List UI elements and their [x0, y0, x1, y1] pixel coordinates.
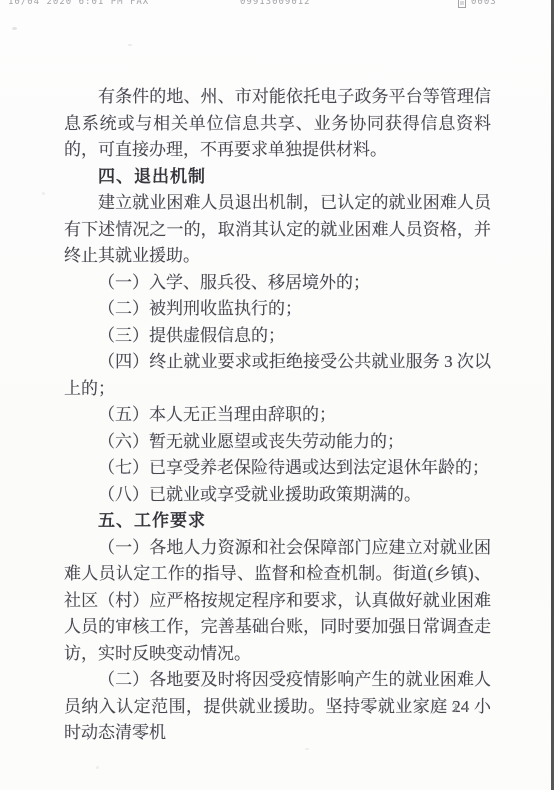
- list-item-5: （五）本人无正当理由辞职的；: [64, 402, 491, 429]
- scan-speck: [128, 44, 132, 46]
- fax-timestamp: 10/04 2020 6:01 PM FAX: [8, 0, 149, 7]
- scan-speck: [305, 748, 309, 750]
- list-item-8: （八）已就业或享受就业援助政策期满的。: [64, 482, 491, 509]
- list-item-2: （二）被判刑收监执行的；: [64, 296, 491, 323]
- fax-sender-number: 09913009012: [240, 0, 311, 7]
- paragraph-work-req-2: （二）各地要及时将因受疫情影响产生的就业困难人员纳入认定范围，提供就业援助。坚持…: [64, 667, 491, 747]
- list-item-4: （四）终止就业要求或拒绝接受公共就业服务 3 次以上的；: [64, 349, 491, 402]
- page-number: - 3 -: [440, 701, 471, 716]
- document-body: 有条件的地、州、市对能依托电子政务平台等管理信息系统或与相关单位信息共享、业务协…: [64, 84, 491, 747]
- fax-page-count-value: 0003: [471, 0, 497, 7]
- paragraph-exit-mechanism: 建立就业困难人员退出机制，已认定的就业困难人员有下述情况之一的，取消其认定的就业…: [64, 190, 491, 270]
- list-item-1: （一）入学、服兵役、移居境外的；: [64, 270, 491, 297]
- paragraph-work-req-1: （一）各地人力资源和社会保障部门应建立对就业困难人员认定工作的指导、监督和检查机…: [64, 535, 491, 668]
- fax-header: 10/04 2020 6:01 PM FAX 09913009012 0003: [0, 0, 554, 9]
- list-item-7: （七）已享受养老保险待遇或达到法定退休年龄的；: [64, 455, 491, 482]
- fax-page-counter: 0003: [458, 0, 497, 7]
- scanned-fax-document-page: { "fax_header": { "left": "10/04 2020 6:…: [0, 0, 554, 790]
- list-item-6: （六）暂无就业愿望或丧失劳动能力的；: [64, 429, 491, 456]
- scan-speck: [96, 766, 99, 769]
- scan-speck: [42, 192, 45, 195]
- scan-speck: [12, 27, 17, 30]
- paragraph-intro: 有条件的地、州、市对能依托电子政务平台等管理信息系统或与相关单位信息共享、业务协…: [64, 84, 491, 164]
- fax-page-icon: [458, 0, 466, 8]
- list-item-3: （三）提供虚假信息的；: [64, 323, 491, 350]
- section-heading-5: 五、工作要求: [64, 508, 491, 535]
- section-heading-4: 四、退出机制: [64, 164, 491, 191]
